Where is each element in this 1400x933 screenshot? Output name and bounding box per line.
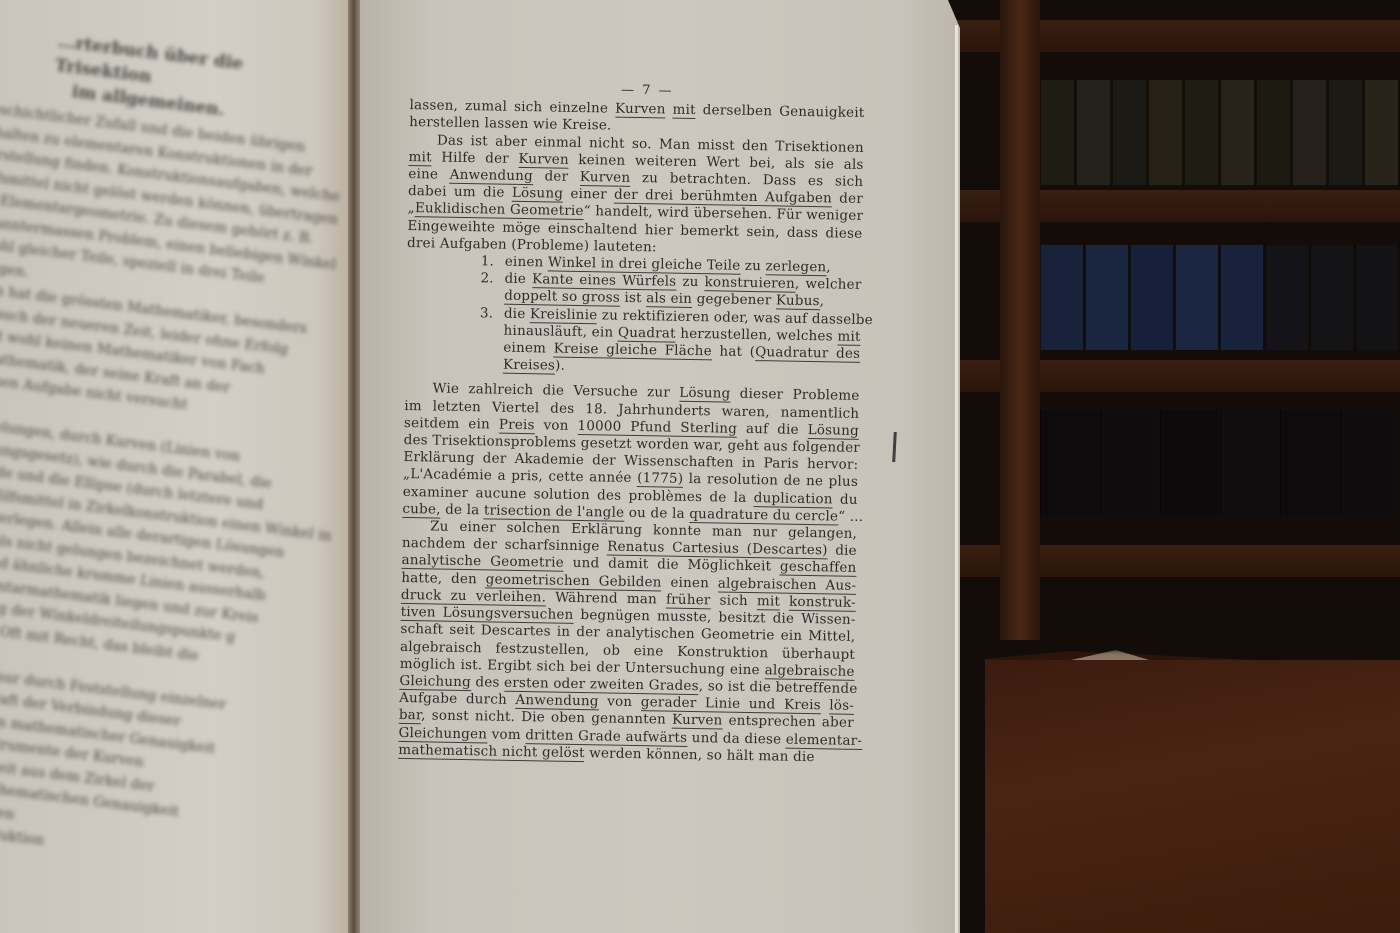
page-body: lassen, zumal sich einzelne Kurven mit d…: [398, 97, 864, 767]
underlined-phrase: trisection de l'angle: [484, 502, 625, 521]
underlined-phrase: früher: [666, 591, 711, 609]
list-number: 1.: [481, 253, 495, 270]
underlined-phrase: elementar-: [786, 731, 863, 749]
underlined-phrase: konstruk-: [789, 594, 856, 612]
books-row-top: [1040, 80, 1400, 185]
underlined-phrase: Anwendung: [450, 167, 533, 185]
underlined-phrase: lös-: [829, 698, 854, 715]
left-page: ...rterbuch über die Trisektion im allge…: [0, 0, 360, 933]
left-page-body: ...geschichtlicher Zufall und die beiden…: [0, 95, 328, 876]
underlined-phrase: Kreises: [503, 357, 555, 375]
underlined-phrase: Lösung: [679, 385, 731, 403]
underlined-phrase: Preis: [499, 416, 535, 434]
underlined-phrase: Kurven: [672, 712, 723, 730]
underlined-phrase: Quadrat: [618, 325, 676, 343]
underlined-phrase: mit: [672, 102, 695, 119]
underlined-phrase: geschaffen: [780, 559, 857, 577]
underlined-phrase: mathematisch nicht gelöst: [398, 742, 585, 762]
book-gutter: [348, 0, 362, 933]
page-edge: [955, 25, 958, 933]
underlined-phrase: Gleichung: [399, 673, 471, 691]
books-row-lower: [1040, 410, 1400, 515]
underlined-phrase: Kurven: [580, 169, 631, 187]
underlined-phrase: Anwendung: [515, 692, 598, 710]
underlined-phrase: konstruieren: [704, 274, 795, 293]
underlined-phrase: zerlegen: [765, 258, 826, 276]
underlined-phrase: cube,: [402, 501, 440, 519]
underlined-phrase: algebraischen Aus-: [718, 575, 857, 594]
underlined-phrase: bar: [399, 707, 422, 724]
underlined-phrase: mit: [757, 593, 780, 610]
list-number: 3.: [480, 305, 494, 322]
underlined-phrase: Lösung: [512, 185, 564, 203]
underlined-phrase: (1775): [637, 470, 683, 488]
underlined-phrase: Kubus: [776, 293, 820, 311]
underlined-phrase: Lösung: [807, 422, 859, 440]
page-text-block: — 7 — lassen, zumal sich einzelne Kurven…: [398, 78, 865, 767]
underlined-phrase: duplication: [754, 490, 833, 508]
underlined-phrase: Gleichungen: [398, 724, 487, 743]
left-page-text: ...rterbuch über die Trisektion im allge…: [0, 20, 337, 876]
underlined-phrase: als ein: [646, 291, 692, 309]
books-row-middle: [1040, 245, 1400, 350]
list-number: 2.: [480, 270, 494, 287]
underlined-phrase: Kurven: [615, 101, 666, 119]
underlined-phrase: mit: [837, 328, 860, 345]
underlined-phrase: doppelt so gross: [504, 288, 620, 307]
shelf-post: [1000, 0, 1040, 640]
underlined-phrase: mit: [408, 149, 431, 166]
wooden-desk: [985, 660, 1400, 933]
underlined-phrase: Kurven: [518, 151, 569, 169]
underlined-phrase: algebraische: [765, 662, 855, 681]
underlined-phrase: Quadratur des: [755, 344, 860, 363]
underlined-phrase: Kreislinie: [530, 306, 598, 324]
